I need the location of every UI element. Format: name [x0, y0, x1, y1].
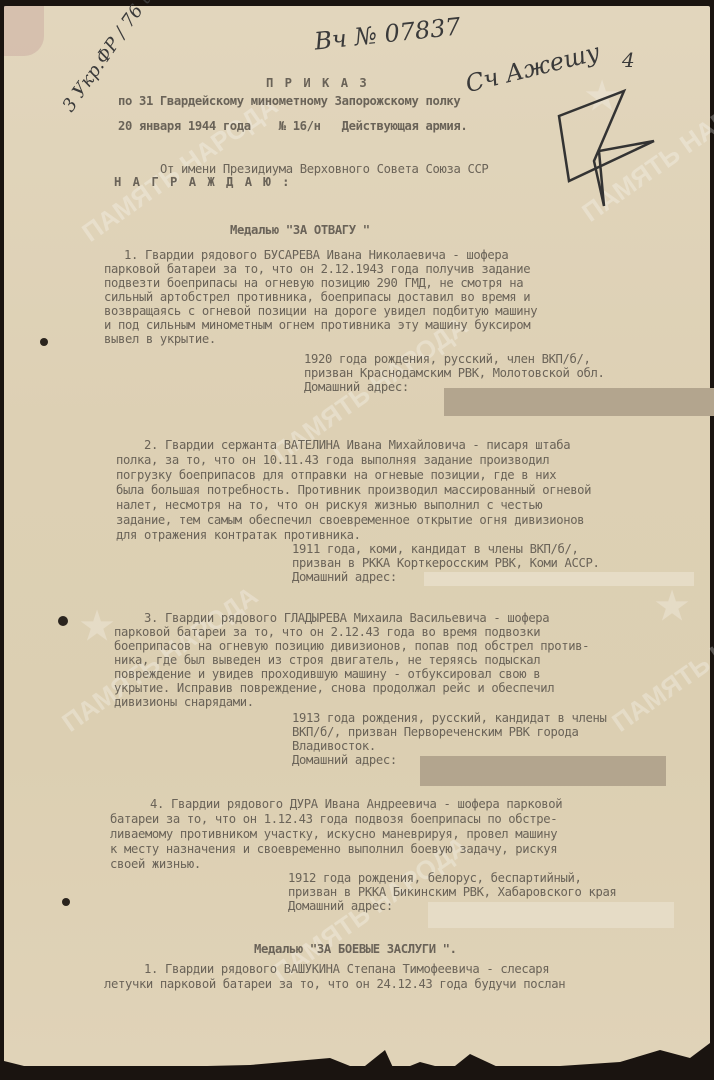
entry-line: укрытие. Исправив повреждение, снова про… [114, 682, 554, 696]
entry-line: сильный артобстрел противника, боеприпас… [104, 291, 530, 305]
entry-line: к месту назначения и своевременно выполн… [110, 843, 557, 857]
bio-line: 1911 года, коми, кандидат в члены ВКП/б/… [292, 543, 579, 557]
handwritten-check-mark [544, 86, 664, 226]
bio-line: ВКП/б/, призван Первореченским РВК город… [292, 726, 579, 740]
medal-title-boevye-zaslugi: Медалью "ЗА БОЕВЫЕ ЗАСЛУГИ ". [254, 943, 457, 957]
entry-line: 2. Гвардии сержанта ВАТЕЛИНА Ивана Михай… [144, 439, 570, 453]
handwritten-number: Вч № 07837 [313, 12, 462, 55]
medal-title-otvagu: Медалью "ЗА ОТВАГУ " [230, 224, 370, 238]
punch-hole [40, 338, 48, 346]
star-watermark-icon: ★ [79, 586, 115, 656]
document-page: ПАМЯТЬ НАРОДА ПАМЯТЬ НАРОДА ПАМЯТЬ НАРОД… [4, 6, 710, 1066]
entry-line: 1. Гвардии рядового БУСАРЕВА Ивана Никол… [124, 249, 508, 263]
entry-line: боеприпасов на огневую позицию дивизионо… [114, 640, 589, 654]
entry-line: ливаемому противником участку, искусно м… [110, 828, 557, 842]
entry-line: возвращаясь с огневой позиции на дороге … [104, 305, 537, 319]
torn-edge [0, 1040, 714, 1080]
entry-line: и под сильным минометным огнем противник… [104, 319, 530, 333]
entry-line: ника, где был выведен из строя двигатель… [114, 654, 540, 668]
entry-line: задание, тем самым обеспечил своевременн… [116, 514, 584, 528]
bio-line: 1920 года рождения, русский, член ВКП/б/… [304, 353, 591, 367]
entry-line: летучки парковой батареи за то, что он 2… [104, 978, 565, 992]
entry-line: батареи за то, что он 1.12.43 года подво… [110, 813, 557, 827]
redacted-address [428, 902, 674, 928]
bio-line: Домашний адрес: [288, 900, 393, 914]
bio-line: Домашний адрес: [304, 381, 416, 395]
entry-line: вывел в укрытие. [104, 333, 216, 347]
entry-line: своей жизнью. [110, 858, 201, 872]
bio-line: Домашний адрес: [292, 754, 397, 768]
entry-line: для отражения контратак противника. [116, 529, 361, 543]
bio-line: Домашний адрес: [292, 571, 397, 585]
bio-line: 1912 года рождения, белорус, беспартийны… [288, 872, 581, 886]
redacted-address [444, 388, 714, 416]
entry-line: полка, за то, что он 10.11.43 года выпол… [116, 454, 549, 468]
punch-hole [62, 898, 70, 906]
entry-line: погрузку боеприпасов для отправки на огн… [116, 469, 556, 483]
bio-line: Владивосток. [292, 740, 376, 754]
entry-line: была большая потребность. Противник прои… [116, 484, 591, 498]
entry-line: 3. Гвардии рядового ГЛАДЫРЕВА Михаила Ва… [144, 612, 549, 626]
order-title: П Р И К А З [266, 77, 369, 91]
redacted-address [424, 572, 694, 586]
entry-line: повреждение и увидев проходившую машину … [114, 668, 540, 682]
preamble-award: Н А Г Р А Ж Д А Ю : [114, 176, 291, 190]
order-date-number: 20 января 1944 года № 16/н Действующая а… [118, 120, 467, 134]
order-unit: по 31 Гвардейскому минометному Запорожск… [118, 95, 460, 109]
bio-line: призван Краснодамским РВК, Молотовской о… [304, 367, 604, 381]
entry-line: налет, несмотря на то, что он рискуя жиз… [116, 499, 542, 513]
entry-line: парковой батареи за то, что он 2.12.1943… [104, 263, 530, 277]
bio-line: призван в РККА Бикинским РВК, Хабаровско… [288, 886, 616, 900]
entry-line: подвезти боеприпасы на огневую позицию 2… [104, 277, 523, 291]
entry-line: 1. Гвардии рядового ВАШУКИНА Степана Тим… [144, 963, 549, 977]
bio-line: 1913 года рождения, русский, кандидат в … [292, 712, 606, 726]
handwritten-mark: 4 [622, 48, 635, 72]
punch-hole [58, 616, 68, 626]
entry-line: парковой батареи за то, что он 2.12.43 г… [114, 626, 540, 640]
bio-line: призван в РККА Корткеросским РВК, Коми А… [292, 557, 599, 571]
entry-line: дивизионы снарядами. [114, 696, 254, 710]
entry-line: 4. Гвардии рядового ДУРА Ивана Андреевич… [150, 798, 562, 812]
redacted-address [420, 756, 666, 786]
